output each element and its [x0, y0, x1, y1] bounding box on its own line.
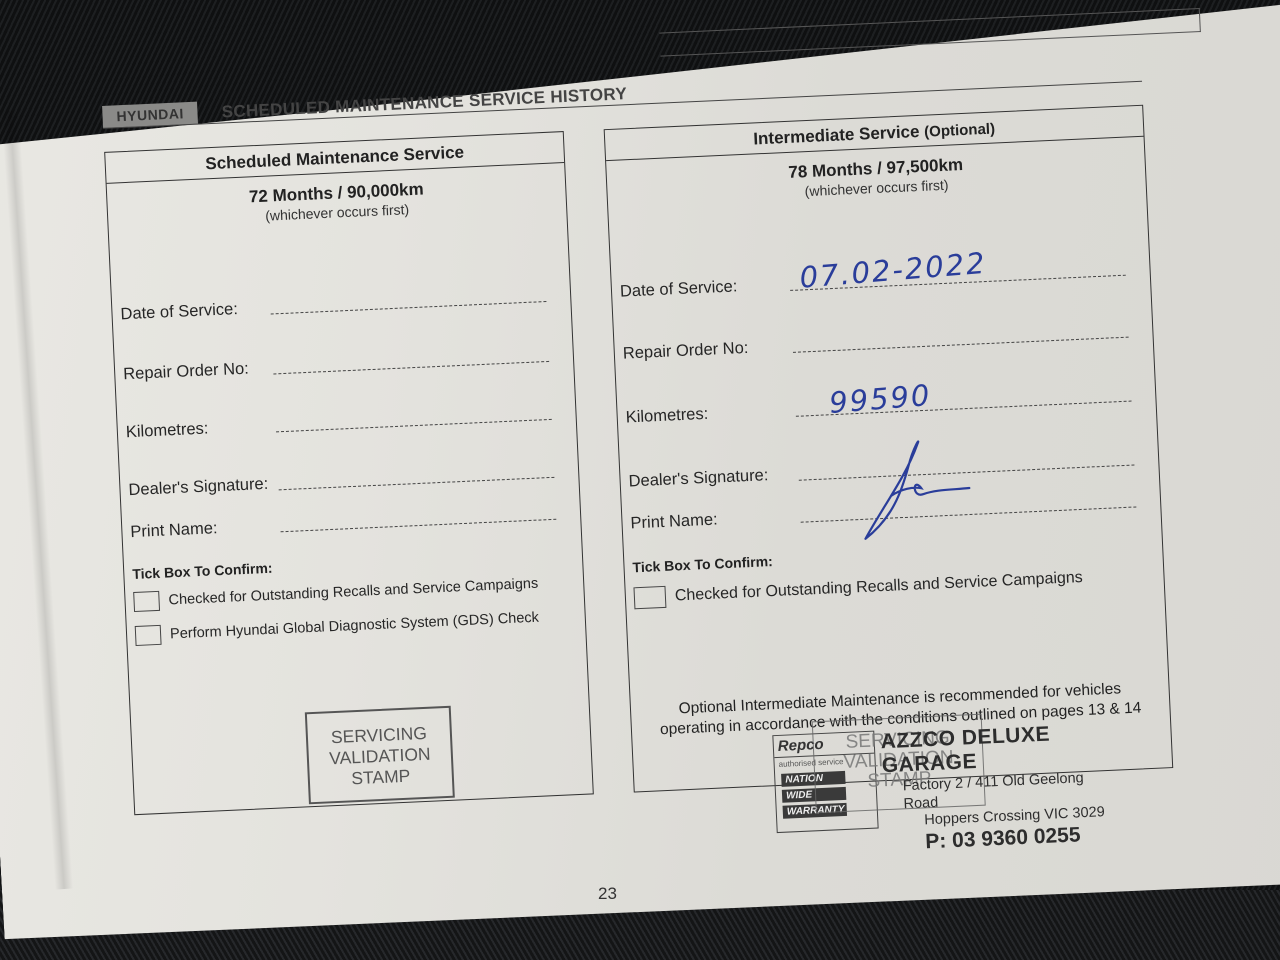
- servicing-validation-stamp-box: SERVICING VALIDATION STAMP: [305, 706, 455, 805]
- service-interval: 72 Months / 90,000km (whichever occurs f…: [107, 173, 566, 231]
- field-label: Date of Service:: [120, 299, 271, 325]
- gds-checkbox-row[interactable]: Perform Hyundai Global Diagnostic System…: [135, 608, 540, 646]
- recalls-checkbox[interactable]: [633, 586, 666, 609]
- kilometres-line[interactable]: 99590: [795, 383, 1132, 417]
- page-title: SCHEDULED MAINTENANCE SERVICE HISTORY: [221, 84, 627, 122]
- repair-order-line[interactable]: [792, 319, 1129, 353]
- field-label: Dealer's Signature:: [628, 465, 799, 492]
- recalls-checkbox-row[interactable]: Checked for Outstanding Recalls and Serv…: [633, 567, 1083, 609]
- optional-label: (Optional): [924, 120, 996, 140]
- tick-box-title: Tick Box To Confirm:: [132, 560, 273, 582]
- handwritten-date: 07.02-2022: [798, 246, 987, 295]
- panel-heading-text: Intermediate Service: [753, 122, 920, 149]
- kilometres-field[interactable]: Kilometres: 99590: [625, 383, 1131, 428]
- date-of-service-field[interactable]: Date of Service:: [120, 283, 547, 324]
- print-name-line[interactable]: [280, 501, 557, 533]
- date-of-service-field[interactable]: Date of Service: 07.02-2022: [619, 257, 1125, 302]
- date-of-service-line[interactable]: 07.02-2022: [789, 257, 1126, 291]
- field-label: Kilometres:: [126, 416, 277, 442]
- kilometres-line[interactable]: [275, 401, 552, 433]
- checkbox-label: Perform Hyundai Global Diagnostic System…: [170, 610, 539, 643]
- field-label: Repair Order No:: [123, 358, 274, 384]
- dealer-stamp: Repco authorised service NATION WIDE WAR…: [772, 720, 1106, 835]
- intermediate-service-panel: Intermediate Service (Optional) 78 Month…: [604, 105, 1174, 793]
- recalls-checkbox-row[interactable]: Checked for Outstanding Recalls and Serv…: [133, 574, 538, 612]
- scheduled-service-panel: Scheduled Maintenance Service 72 Months …: [104, 131, 594, 815]
- recalls-checkbox[interactable]: [133, 591, 160, 612]
- dealer-signature-line[interactable]: [278, 459, 555, 491]
- checkbox-label: Checked for Outstanding Recalls and Serv…: [168, 576, 538, 609]
- handwritten-kilometres: 99590: [828, 378, 933, 420]
- service-history-sheet: HYUNDAI SCHEDULED MAINTENANCE SERVICE HI…: [100, 11, 1214, 839]
- field-label: Repair Order No:: [622, 337, 793, 364]
- kilometres-field[interactable]: Kilometres:: [125, 401, 552, 442]
- field-label: Print Name:: [130, 516, 281, 542]
- date-of-service-line[interactable]: [270, 283, 547, 315]
- field-label: Print Name:: [630, 507, 801, 534]
- repair-order-field[interactable]: Repair Order No:: [123, 343, 550, 384]
- tick-box-title: Tick Box To Confirm:: [632, 553, 773, 575]
- page-number: 23: [598, 884, 617, 904]
- dealer-signature-field[interactable]: Dealer's Signature:: [128, 459, 555, 500]
- repair-order-field[interactable]: Repair Order No:: [622, 319, 1128, 364]
- checkbox-label: Checked for Outstanding Recalls and Serv…: [675, 569, 1084, 605]
- print-name-field[interactable]: Print Name:: [130, 501, 557, 542]
- top-rule: [659, 8, 1201, 57]
- dealer-signature-scribble: [849, 433, 994, 549]
- field-label: Date of Service:: [620, 275, 791, 302]
- brand-label: HYUNDAI: [102, 102, 198, 128]
- garage-details: AZZCO DELUXE GARAGE Factory 2 / 411 Old …: [880, 720, 1107, 856]
- repair-order-line[interactable]: [273, 343, 550, 375]
- field-label: Kilometres:: [625, 401, 796, 428]
- field-label: Dealer's Signature:: [128, 474, 279, 500]
- logbook-page: HYUNDAI SCHEDULED MAINTENANCE SERVICE HI…: [0, 0, 1280, 960]
- gds-checkbox[interactable]: [135, 625, 162, 646]
- page-fold-shadow: [1, 110, 73, 889]
